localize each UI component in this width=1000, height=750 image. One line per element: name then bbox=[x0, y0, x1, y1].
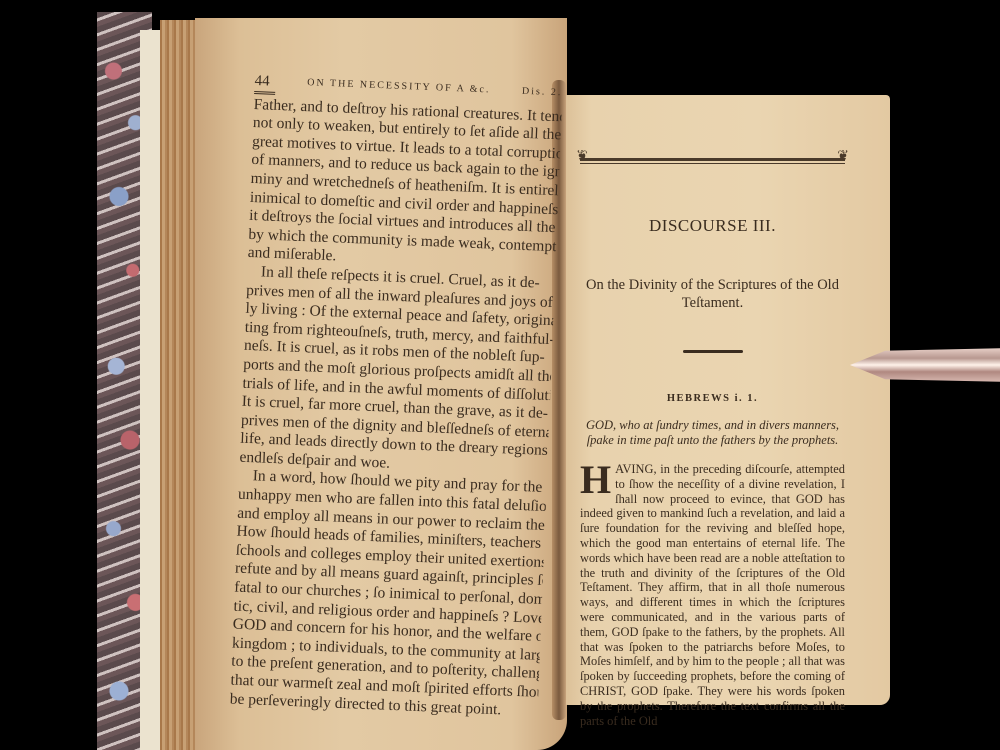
ornamental-rule bbox=[580, 158, 845, 164]
discourse-subtitle: On the Divinity of the Scriptures of the… bbox=[580, 276, 845, 312]
right-page-text: DISCOURSE III. On the Divinity of the Sc… bbox=[580, 150, 845, 728]
body-text: AVING, in the preceding diſcourſe, attem… bbox=[580, 462, 845, 728]
drop-cap: H bbox=[580, 464, 611, 496]
discourse-title: DISCOURSE III. bbox=[580, 216, 845, 236]
left-page-lines: Father, and to deſtroy his rational crea… bbox=[229, 96, 561, 721]
page-edges bbox=[160, 20, 200, 750]
epigraph: GOD, who at ſundry times, and in divers … bbox=[580, 418, 845, 448]
discourse-body: H AVING, in the preceding diſcourſe, att… bbox=[580, 462, 845, 728]
page-number: 44 bbox=[254, 72, 276, 94]
photo-scene: 44 ON THE NECESSITY OF A &c. Dis. 2. Fat… bbox=[0, 0, 1000, 750]
scripture-reference: HEBREWS i. 1. bbox=[580, 393, 845, 404]
running-head-discourse: Dis. 2. bbox=[522, 83, 563, 106]
left-page-text: 44 ON THE NECESSITY OF A &c. Dis. 2. Fat… bbox=[229, 72, 562, 721]
small-ornament-rule bbox=[683, 350, 743, 353]
